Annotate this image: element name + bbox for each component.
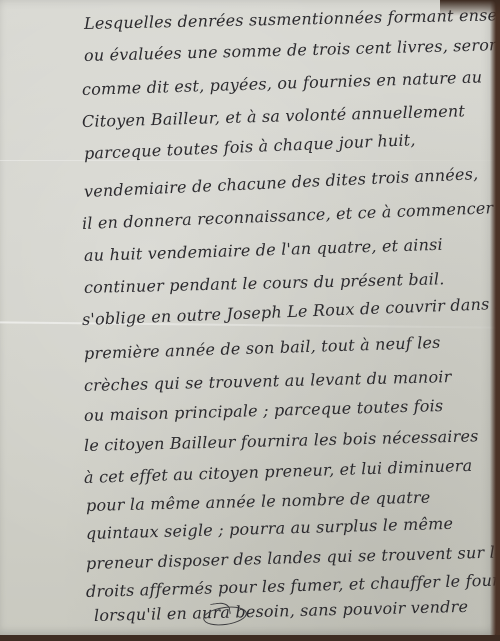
manuscript-page: Lesquelles denrées susmentionnées forman… [0, 0, 496, 636]
text-line: Lesquelles denrées susmentionnées forman… [84, 4, 500, 33]
text-line: Citoyen Bailleur, et à sa volonté annuel… [82, 101, 466, 131]
text-line: droits affermés pour les fumer, et chauf… [86, 570, 500, 601]
text-line: il en donnera reconnaissance, et ce à co… [82, 198, 494, 233]
background-corner [440, 0, 500, 16]
text-line: pour la même année le nombre de quatre [86, 488, 431, 515]
text-line: parceque toutes fois à chaque jour huit, [84, 130, 416, 163]
background-edge [490, 0, 500, 641]
text-line: ou maison principale ; parceque toutes f… [84, 396, 444, 425]
text-line: continuer pendant le cours du présent ba… [84, 269, 445, 297]
text-line: crèches qui se trouvent au levant du man… [84, 367, 452, 395]
text-line: première année de son bail, tout à neuf … [84, 333, 441, 363]
background-bottom-edge [0, 635, 500, 641]
text-line: ou évaluées une somme de trois cent livr… [84, 35, 500, 65]
text-line: quintaux seigle ; pourra au surplus le m… [86, 514, 454, 543]
text-line: vendemiaire de chacune des dites trois a… [84, 164, 479, 201]
text-line: comme dit est, payées, ou fournies en na… [82, 67, 483, 99]
paper-fold-crease [0, 160, 496, 161]
text-line: lorsqu'il en aura besoin, sans pouvoir v… [94, 597, 469, 625]
text-line: preneur disposer des landes qui se trouv… [86, 542, 500, 573]
text-line: au huit vendemiaire de l'an quatre, et a… [84, 235, 443, 265]
text-line: à cet effet au citoyen preneur, et lui d… [84, 456, 473, 487]
text-line: le citoyen Bailleur fournira les bois né… [84, 426, 479, 455]
